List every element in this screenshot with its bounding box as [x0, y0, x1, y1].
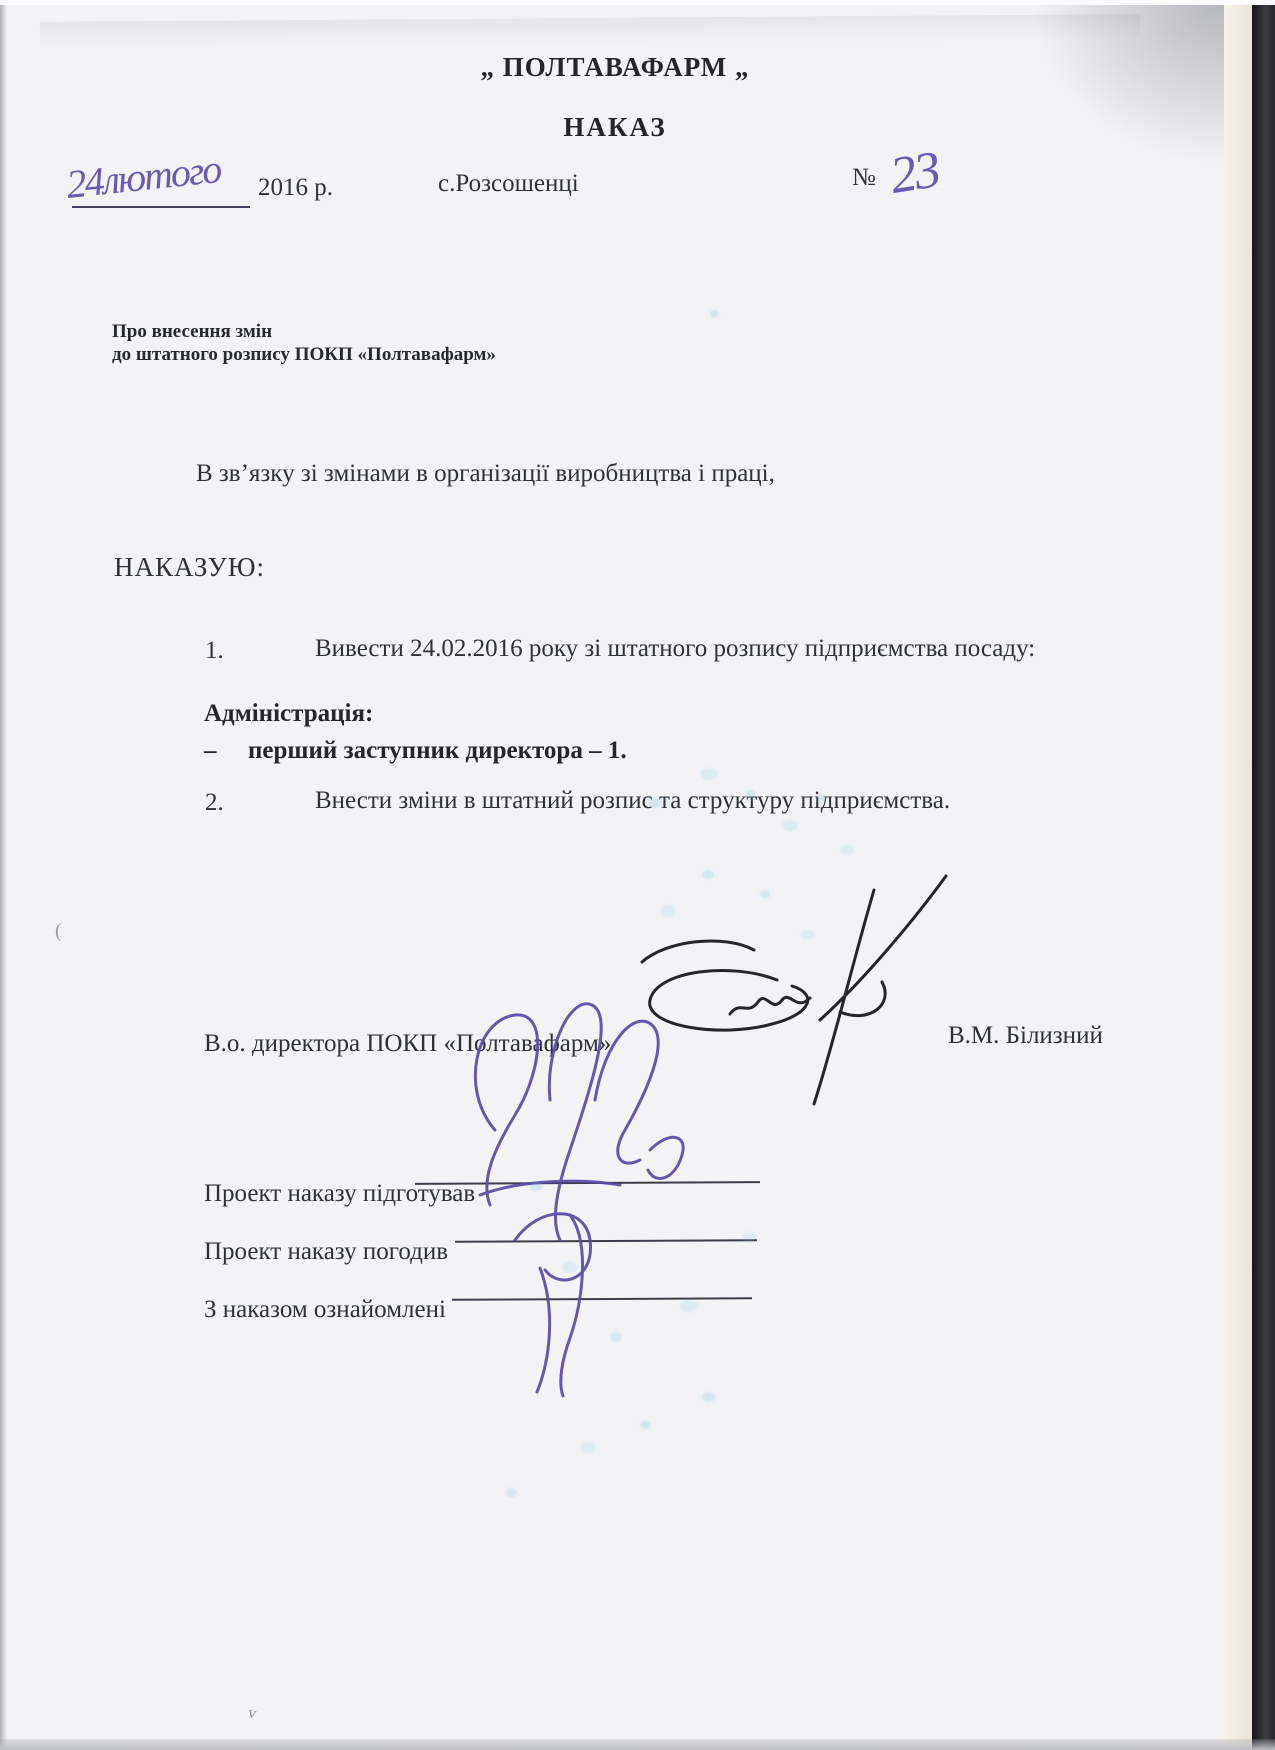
- page-corner-curl: [1025, 0, 1235, 170]
- intro-paragraph: В зв’язку зі змінами в організації вироб…: [196, 460, 775, 488]
- date-year: 2016 р.: [258, 174, 333, 202]
- subject-line-2: до штатного розпису ПОКП «Полтавафарм»: [112, 343, 496, 366]
- department-item-text: перший заступник директора – 1.: [248, 737, 627, 765]
- signer-name: В.М. Білизний: [948, 1022, 1103, 1050]
- handwritten-order-number: 23: [882, 128, 992, 208]
- paper-crease: [40, 14, 1140, 48]
- item-2-number: 2.: [205, 789, 224, 817]
- order-word: НАКАЗУЮ:: [114, 552, 265, 583]
- subject-block: Про внесення змін до штатного розпису ПО…: [112, 320, 496, 366]
- handwritten-date: 24лютого: [62, 138, 262, 210]
- handwritten-number-text: 23: [886, 141, 943, 205]
- scan-bottom-edge: [0, 1739, 1275, 1750]
- footer-line-3-label: З наказом ознайомлені: [204, 1296, 446, 1324]
- scan-left-edge: [0, 0, 7, 1750]
- item-2-text: Внести зміни в штатний розпис та структу…: [315, 787, 950, 815]
- place-name: с.Розсошенці: [438, 170, 579, 198]
- item-1-text: Вивести 24.02.2016 року зі штатного розп…: [315, 635, 1035, 663]
- pencil-check-mark: v: [246, 1704, 258, 1723]
- handwritten-date-text: 24лютого: [64, 146, 223, 207]
- department-item-dash: –: [204, 737, 217, 765]
- scan-edge-shadow: [1252, 0, 1275, 1750]
- subject-line-1: Про внесення змін: [112, 320, 496, 343]
- item-1-number: 1.: [205, 637, 224, 665]
- prepared-by-signature: [420, 980, 710, 1400]
- stray-ink-mark: (: [55, 920, 62, 943]
- date-underline: [72, 206, 250, 208]
- scanner-backing-strip: [1224, 0, 1252, 1750]
- department-heading: Адміністрація:: [204, 700, 373, 728]
- scan-top-edge: [0, 0, 1275, 5]
- scanned-order-document: „ ПОЛТАВАФАРМ „ НАКАЗ 24лютого 2016 р. с…: [0, 0, 1275, 1750]
- number-label: №: [852, 164, 876, 192]
- footer-line-2-label: Проект наказу погодив: [204, 1238, 448, 1266]
